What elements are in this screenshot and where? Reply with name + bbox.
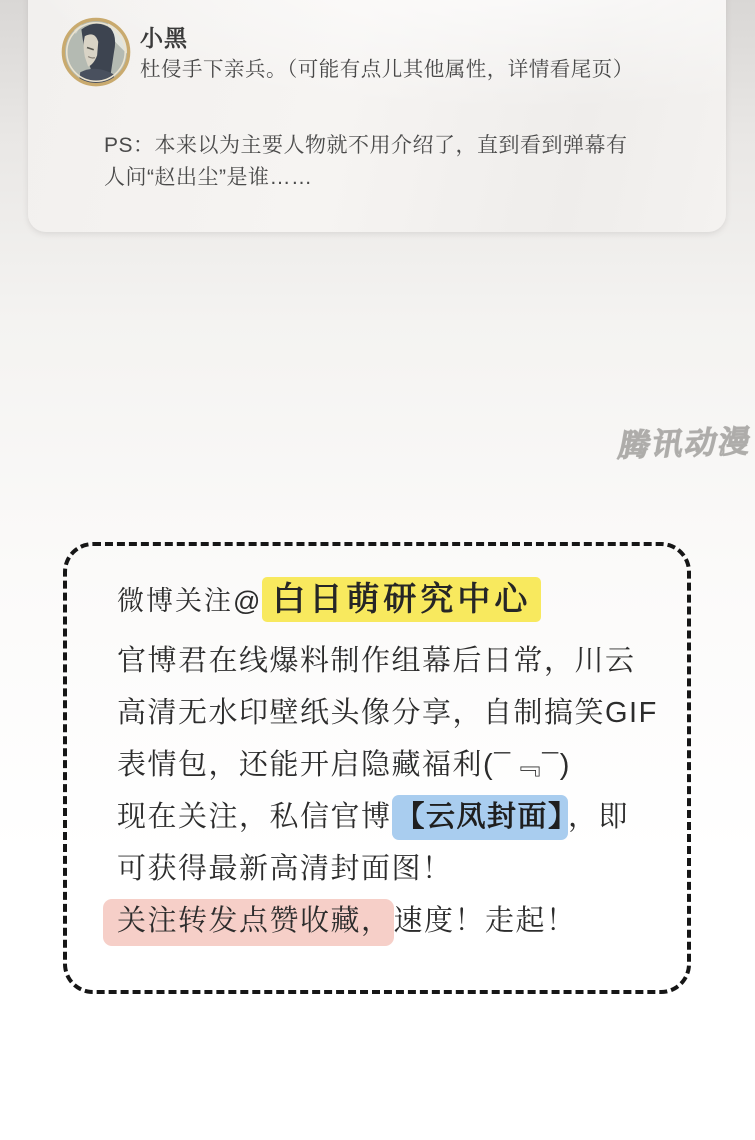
promo-line-4-suffix: ，即	[568, 801, 629, 833]
character-card: 小黑 杜侵手下亲兵。（可能有点儿其他属性，详情看尾页） PS：本来以为主要人物就…	[28, 0, 726, 232]
promo-line-3: 表情包，还能开启隐藏福利(¯﹃¯)	[117, 739, 661, 791]
ps-note-line1: PS：本来以为主要人物就不用介绍了，直到看到弹幕有	[104, 130, 704, 162]
ps-note-line2: 人问“赵出尘”是谁……	[104, 162, 704, 194]
character-portrait-icon	[60, 16, 132, 88]
ps-note: PS：本来以为主要人物就不用介绍了，直到看到弹幕有 人问“赵出尘”是谁……	[104, 130, 704, 194]
character-name: 小黑	[140, 20, 188, 53]
character-description: 杜侵手下亲兵。（可能有点儿其他属性，详情看尾页）	[140, 52, 634, 82]
promo-line-6: 关注转发点赞收藏，速度！走起！	[117, 895, 661, 947]
promo-line-4-prefix: 现在关注，私信官博	[117, 801, 392, 833]
promo-line-4: 现在关注，私信官博【云凤封面】，即	[117, 791, 661, 843]
call-to-action-highlight: 关注转发点赞收藏，	[103, 899, 394, 946]
promo-line-6-suffix: 速度！走起！	[394, 905, 577, 937]
weibo-promo-box: 微博关注@白日萌研究中心 官博君在线爆料制作组幕后日常，川云 高清无水印壁纸头像…	[63, 542, 691, 994]
promo-line-5: 可获得最新高清封面图！	[117, 843, 661, 895]
cover-keyword-highlight: 【云凤封面】	[392, 795, 569, 840]
comic-end-page: 小黑 杜侵手下亲兵。（可能有点儿其他属性，详情看尾页） PS：本来以为主要人物就…	[0, 0, 755, 1140]
promo-heading-prefix: 微博关注@	[117, 586, 262, 616]
promo-line-1: 官博君在线爆料制作组幕后日常，川云	[117, 635, 661, 687]
promo-heading: 微博关注@白日萌研究中心	[117, 573, 661, 620]
weibo-account-highlight: 白日萌研究中心	[262, 577, 541, 622]
character-avatar	[60, 16, 132, 88]
promo-line-2: 高清无水印壁纸头像分享，自制搞笑GIF	[117, 687, 661, 739]
tencent-comics-watermark: 腾讯动漫	[616, 416, 755, 466]
